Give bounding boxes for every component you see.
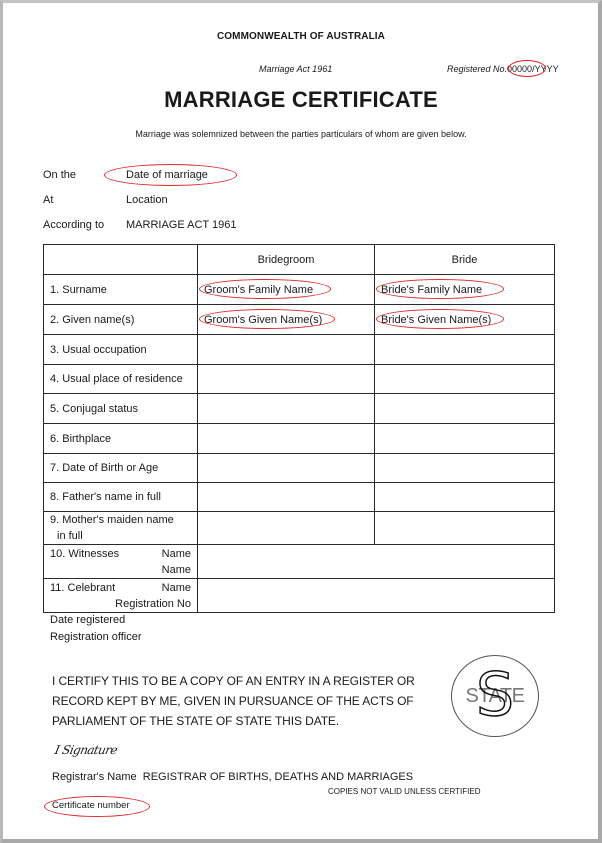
row-label: 4. Usual place of residence bbox=[44, 365, 198, 394]
celebrant-title: 11. Celebrant bbox=[50, 580, 115, 596]
bridegroom-mother-name bbox=[198, 512, 375, 545]
row-label: 1. Surname bbox=[44, 275, 198, 305]
on-label: On the bbox=[43, 169, 76, 181]
bride-birth-date bbox=[375, 454, 555, 483]
bride-birthplace bbox=[375, 424, 555, 454]
row-label: 9. Mother's maiden name in full bbox=[44, 512, 198, 545]
registrar-label: Registrar's Name bbox=[52, 771, 137, 783]
registrar-signature: I Signature bbox=[54, 743, 119, 757]
seal-monogram: S bbox=[452, 662, 538, 728]
table-row: 7. Date of Birth or Age bbox=[44, 454, 555, 483]
row-label: 6. Birthplace bbox=[44, 424, 198, 454]
row-label: 5. Conjugal status bbox=[44, 394, 198, 424]
witnesses-value bbox=[198, 545, 555, 579]
according-label: According to bbox=[43, 219, 104, 231]
row-label: 8. Father's name in full bbox=[44, 483, 198, 512]
table-row: 3. Usual occupation bbox=[44, 335, 555, 365]
bridegroom-given-names: Groom's Given Name(s) bbox=[198, 305, 375, 335]
table-row: 5. Conjugal status bbox=[44, 394, 555, 424]
registered-number-value: 00000 bbox=[507, 64, 532, 74]
celebrant-value bbox=[198, 579, 555, 613]
header-bride: Bride bbox=[375, 245, 555, 275]
header-bridegroom: Bridegroom bbox=[198, 245, 375, 275]
witnesses-label: 10. WitnessesName Name bbox=[44, 545, 198, 579]
registration-officer-label: Registration officer bbox=[50, 631, 142, 643]
date-registered-label: Date registered bbox=[50, 614, 125, 626]
row-label: 3. Usual occupation bbox=[44, 335, 198, 365]
celebrant-row: 11. CelebrantName Registration No bbox=[44, 579, 555, 613]
row-label: 7. Date of Birth or Age bbox=[44, 454, 198, 483]
certificate-page: COMMONWEALTH OF AUSTRALIA Marriage Act 1… bbox=[0, 0, 602, 843]
witnesses-row: 10. WitnessesName Name bbox=[44, 545, 555, 579]
certificate-number: Certificate number bbox=[52, 800, 130, 811]
table-row: 4. Usual place of residence bbox=[44, 365, 555, 394]
intro-text: Marriage was solemnized between the part… bbox=[3, 129, 599, 139]
table-row: 1. Surname Groom's Family Name Bride's F… bbox=[44, 275, 555, 305]
table-row: 9. Mother's maiden name in full bbox=[44, 512, 555, 545]
bride-given-names: Bride's Given Name(s) bbox=[375, 305, 555, 335]
bridegroom-father-name bbox=[198, 483, 375, 512]
header-cell-empty bbox=[44, 245, 198, 275]
marriage-date: Date of marriage bbox=[126, 169, 208, 181]
copies-notice: COPIES NOT VALID UNLESS CERTIFIED bbox=[328, 787, 480, 796]
celebrant-registration-label: Registration No bbox=[50, 596, 191, 612]
bridegroom-occupation bbox=[198, 335, 375, 365]
registrar-name: Registrar's Name REGISTRAR OF BIRTHS, DE… bbox=[52, 771, 413, 783]
bridegroom-birth-date bbox=[198, 454, 375, 483]
particulars-table: Bridegroom Bride 1. Surname Groom's Fami… bbox=[43, 244, 555, 613]
state-seal: STATE S bbox=[451, 655, 539, 737]
registered-number: Registered No.00000/YYYY bbox=[447, 64, 559, 74]
country-heading: COMMONWEALTH OF AUSTRALIA bbox=[3, 31, 599, 42]
bride-occupation bbox=[375, 335, 555, 365]
row-label: 2. Given name(s) bbox=[44, 305, 198, 335]
certification-text: I CERTIFY THIS TO BE A COPY OF AN ENTRY … bbox=[52, 671, 432, 731]
registrar-value: REGISTRAR OF BIRTHS, DEATHS AND MARRIAGE… bbox=[143, 771, 413, 783]
according-value: MARRIAGE ACT 1961 bbox=[126, 219, 236, 231]
marriage-location: Location bbox=[126, 194, 168, 206]
witnesses-title: 10. Witnesses bbox=[50, 546, 119, 562]
bridegroom-birthplace bbox=[198, 424, 375, 454]
bride-father-name bbox=[375, 483, 555, 512]
act-reference: Marriage Act 1961 bbox=[259, 64, 332, 74]
bridegroom-residence bbox=[198, 365, 375, 394]
table-row: 2. Given name(s) Groom's Given Name(s) B… bbox=[44, 305, 555, 335]
page-title: MARRIAGE CERTIFICATE bbox=[3, 87, 599, 113]
row-label-line1: 9. Mother's maiden name bbox=[50, 512, 191, 528]
table-header-row: Bridegroom Bride bbox=[44, 245, 555, 275]
bridegroom-surname: Groom's Family Name bbox=[198, 275, 375, 305]
bride-conjugal-status bbox=[375, 394, 555, 424]
witness-name-label: Name bbox=[162, 546, 191, 562]
bridegroom-conjugal-status bbox=[198, 394, 375, 424]
registered-year: /YYYY bbox=[532, 64, 559, 74]
row-label-line2: in full bbox=[50, 528, 191, 544]
celebrant-name-label: Name bbox=[162, 580, 191, 596]
registered-label: Registered No. bbox=[447, 64, 507, 74]
bride-residence bbox=[375, 365, 555, 394]
bride-mother-name bbox=[375, 512, 555, 545]
witness-name-label: Name bbox=[50, 562, 191, 578]
celebrant-label: 11. CelebrantName Registration No bbox=[44, 579, 198, 613]
table-row: 6. Birthplace bbox=[44, 424, 555, 454]
bride-surname: Bride's Family Name bbox=[375, 275, 555, 305]
table-row: 8. Father's name in full bbox=[44, 483, 555, 512]
at-label: At bbox=[43, 194, 53, 206]
